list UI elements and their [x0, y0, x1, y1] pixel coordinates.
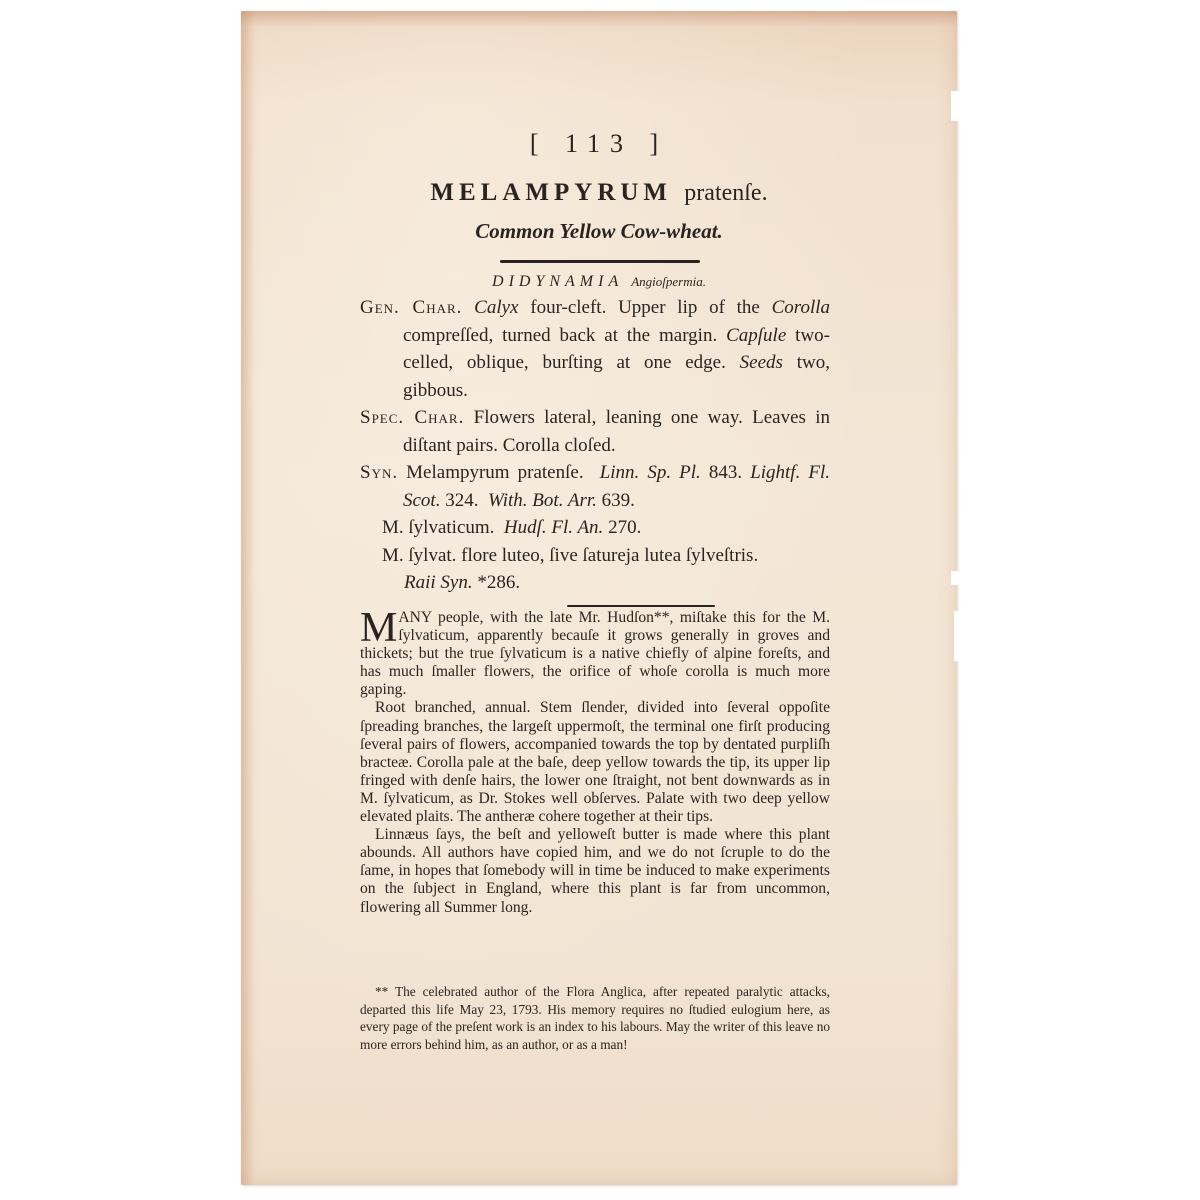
species-title: MELAMPYRUM pratenſe. — [241, 179, 957, 207]
species-epithet: pratenſe. — [684, 180, 767, 206]
order-name: Angioſpermia. — [631, 274, 706, 289]
paragraph: MANY people, with the late Mr. Hudſon**,… — [360, 609, 830, 699]
paragraph: Root branched, annual. Stem ſlender, div… — [360, 699, 830, 826]
generic-character: Gen. Char. Calyx four-cleft. Upper lip o… — [360, 294, 830, 404]
drop-cap: M — [360, 613, 397, 643]
paragraph: Linnæus ſays, the beſt and yelloweſt but… — [360, 826, 830, 916]
torn-edge — [954, 611, 961, 661]
description-body: MANY people, with the late Mr. Hudſon**,… — [360, 609, 830, 917]
gen-char-label: Gen. Char. — [360, 297, 462, 318]
footnote: ** The celebrated author of the Flora An… — [360, 983, 830, 1053]
synonym-entry: M. ſylvaticum. Hudſ. Fl. An. 270. — [360, 514, 830, 542]
book-page: [ 113 ] MELAMPYRUM pratenſe. Common Yell… — [241, 11, 957, 1185]
synonymy: Syn. Melampyrum pratenſe. Linn. Sp. Pl. … — [360, 459, 830, 514]
genus-name: MELAMPYRUM — [430, 179, 672, 206]
divider — [567, 605, 715, 607]
spec-char-label: Spec. Char. — [360, 407, 464, 428]
page-number: [ 113 ] — [241, 129, 957, 159]
characters-section: Gen. Char. Calyx four-cleft. Upper lip o… — [360, 294, 830, 597]
linnaean-class: DIDYNAMIA Angioſpermia. — [241, 273, 957, 291]
synonym-entry: M. ſylvat. flore luteo, ſive ſatureja lu… — [360, 542, 830, 597]
syn-label: Syn. — [360, 462, 398, 483]
footnote-text: ** The celebrated author of the Flora An… — [360, 983, 830, 1053]
class-name: DIDYNAMIA — [492, 273, 623, 290]
common-name: Common Yellow Cow-wheat. — [241, 219, 957, 244]
torn-edge — [951, 571, 961, 585]
divider — [500, 260, 700, 263]
specific-character: Spec. Char. Flowers lateral, leaning one… — [360, 404, 830, 459]
torn-edge — [951, 91, 961, 121]
